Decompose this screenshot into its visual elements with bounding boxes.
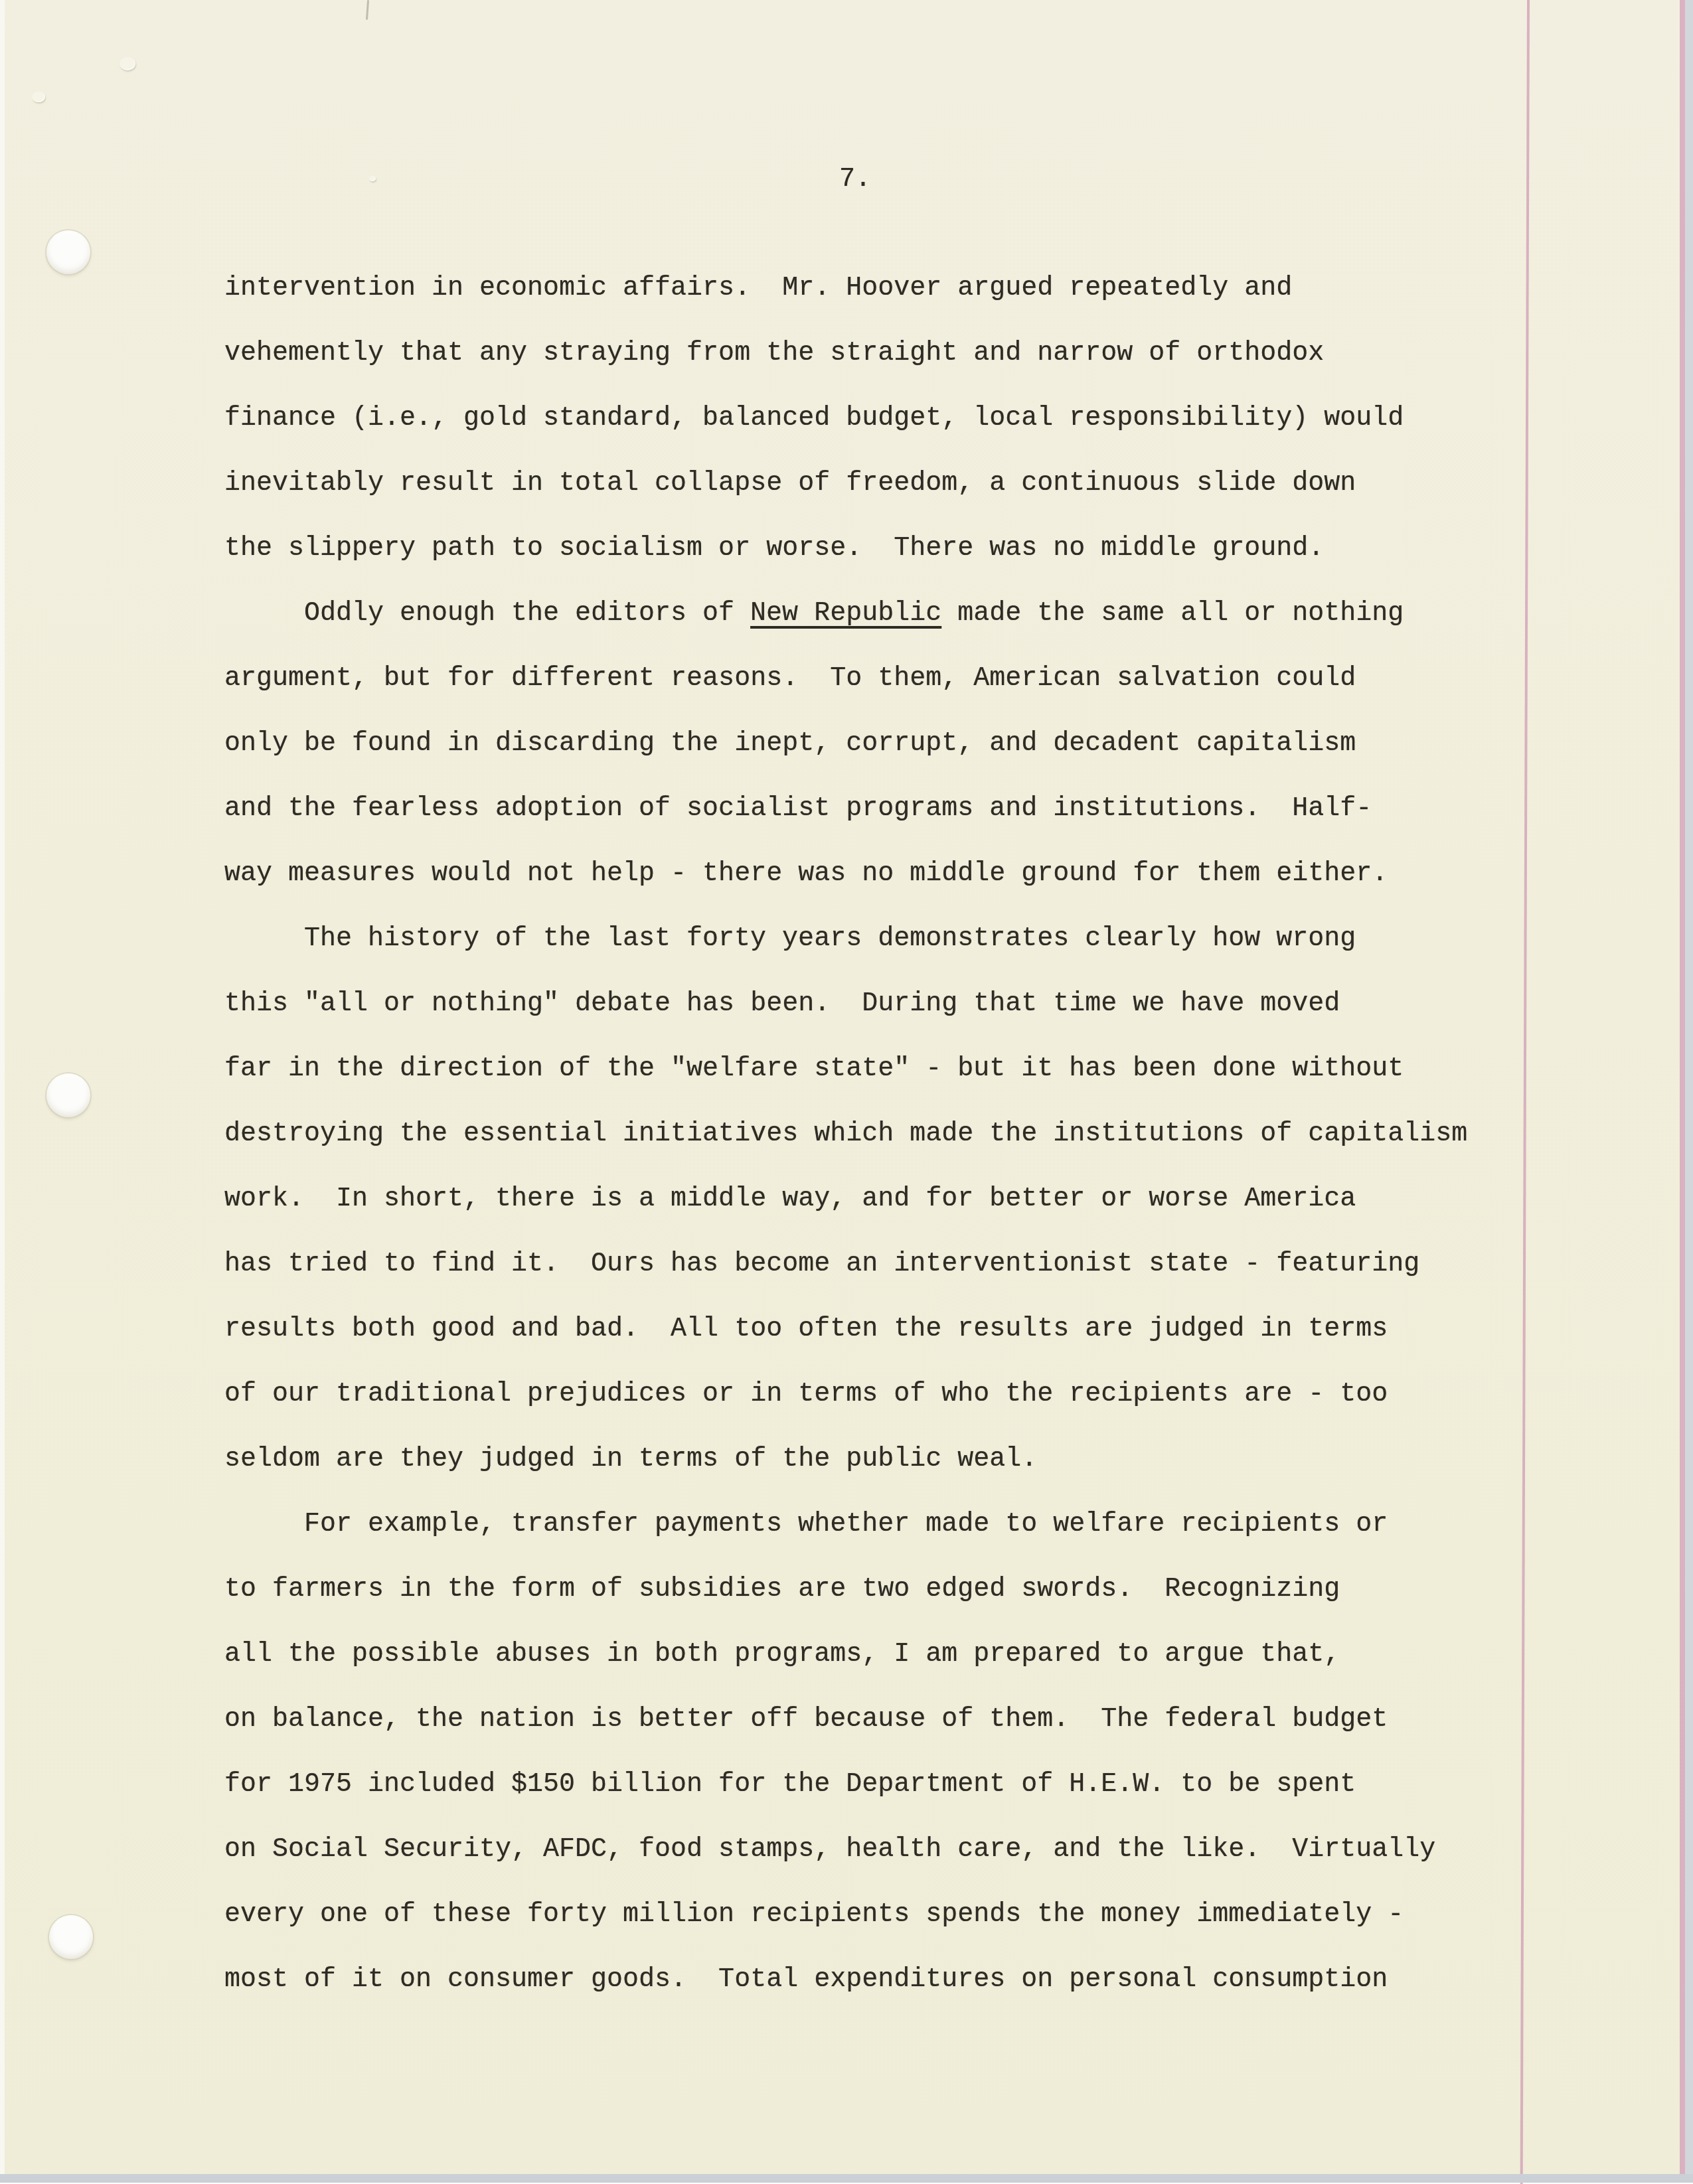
typed-line: intervention in economic affairs. Mr. Ho… (224, 256, 1499, 321)
typed-line: vehemently that any straying from the st… (224, 321, 1499, 386)
paragraph-2: Oddly enough the editors of New Republic… (224, 582, 1499, 907)
typed-line: only be found in discarding the inept, c… (224, 712, 1499, 777)
typed-line: every one of these forty million recipie… (224, 1883, 1499, 1948)
paper-dimple (369, 176, 376, 181)
typed-line: all the possible abuses in both programs… (224, 1622, 1499, 1687)
typed-line: For example, transfer payments whether m… (224, 1492, 1499, 1557)
hole-punch-top (46, 230, 90, 274)
paragraph-4: For example, transfer payments whether m… (224, 1492, 1499, 2013)
paper-dimple (32, 92, 45, 102)
typed-line: destroying the essential initiatives whi… (224, 1102, 1499, 1167)
scanned-page: 7. intervention in economic affairs. Mr.… (0, 0, 1693, 2183)
line-segment: made the same all or nothing (941, 599, 1404, 629)
line-segment: Oddly enough the editors of (304, 599, 750, 629)
typed-line: this "all or nothing" debate has been. D… (224, 972, 1499, 1037)
scan-left-edge (0, 0, 5, 2183)
bottom-scan-edge (0, 2174, 1693, 2183)
typed-line: for 1975 included $150 billion for the D… (224, 1753, 1499, 1818)
typed-line: work. In short, there is a middle way, a… (224, 1167, 1499, 1232)
pink-margin-line (1520, 0, 1530, 2183)
typed-line: has tried to find it. Ours has become an… (224, 1232, 1499, 1297)
right-scan-edge (1685, 0, 1693, 2183)
typed-line: results both good and bad. All too often… (224, 1297, 1499, 1362)
paper-crease (366, 0, 369, 20)
hole-punch-bottom (49, 1915, 93, 1959)
document-body: intervention in economic affairs. Mr. Ho… (224, 256, 1499, 2013)
typed-line: the slippery path to socialism or worse.… (224, 516, 1499, 582)
typed-line: way measures would not help - there was … (224, 842, 1499, 907)
typed-line: seldom are they judged in terms of the p… (224, 1427, 1499, 1492)
paper-dimple (120, 57, 135, 70)
typed-line: to farmers in the form of subsidies are … (224, 1557, 1499, 1622)
typed-line: inevitably result in total collapse of f… (224, 451, 1499, 516)
typed-line: and the fearless adoption of socialist p… (224, 777, 1499, 842)
paragraph-3: The history of the last forty years demo… (224, 907, 1499, 1492)
typed-line: The history of the last forty years demo… (224, 907, 1499, 972)
typed-line: far in the direction of the "welfare sta… (224, 1037, 1499, 1102)
paragraph-1: intervention in economic affairs. Mr. Ho… (224, 256, 1499, 582)
typed-line: argument, but for different reasons. To … (224, 647, 1499, 712)
typed-line: on Social Security, AFDC, food stamps, h… (224, 1818, 1499, 1883)
typed-line: finance (i.e., gold standard, balanced b… (224, 386, 1499, 451)
hole-punch-middle (46, 1073, 90, 1117)
typed-line: most of it on consumer goods. Total expe… (224, 1948, 1499, 2013)
right-edge-pink-line (1680, 0, 1685, 2183)
underlined-text: New Republic (750, 599, 941, 629)
typed-line: of our traditional prejudices or in term… (224, 1362, 1499, 1427)
typed-line: Oddly enough the editors of New Republic… (224, 582, 1499, 647)
typed-line: on balance, the nation is better off bec… (224, 1687, 1499, 1753)
page-number: 7. (224, 164, 1486, 196)
